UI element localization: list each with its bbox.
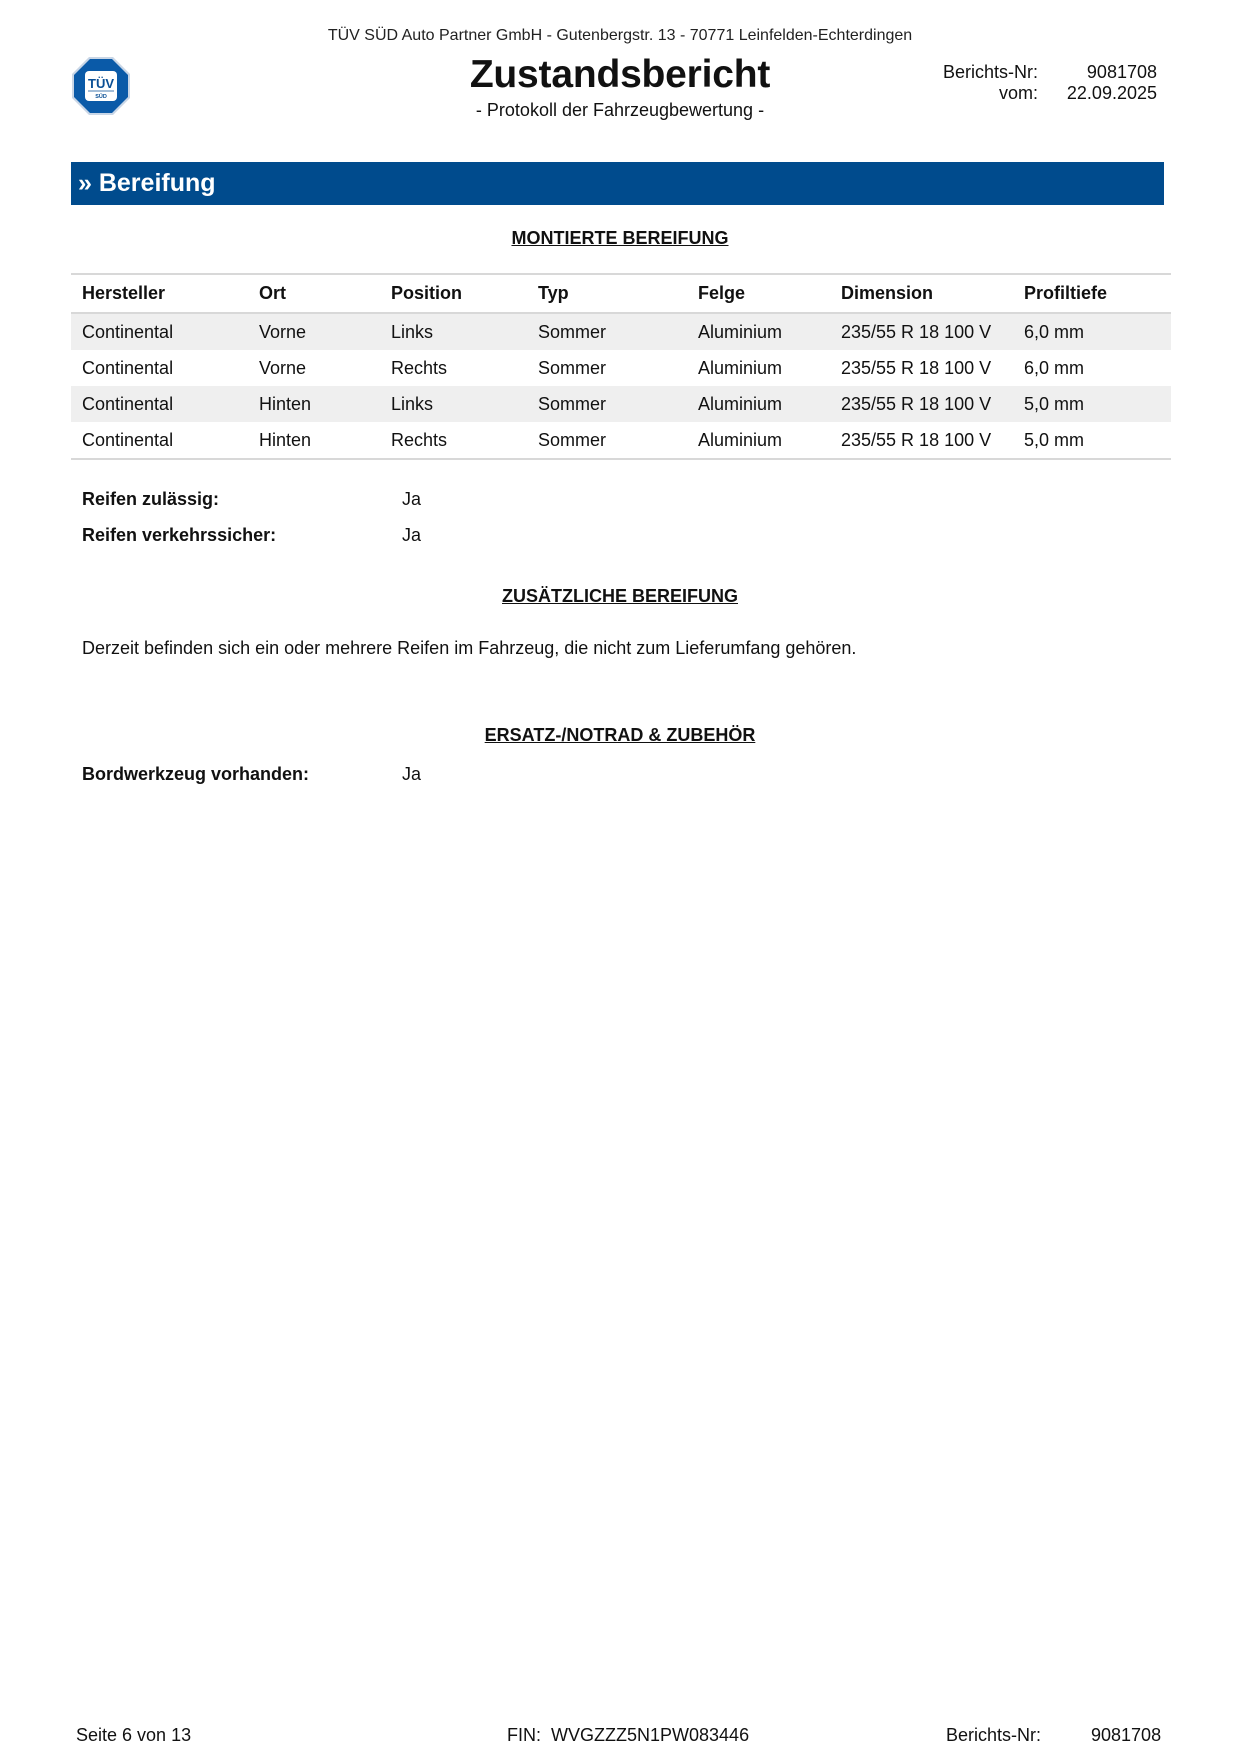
footer-report-number: 9081708 <box>1091 1725 1161 1746</box>
table-row: Continental Hinten Links Sommer Aluminiu… <box>71 386 1171 422</box>
column-header: Hersteller <box>71 274 248 313</box>
table-cell: 5,0 mm <box>1013 422 1171 459</box>
table-cell: Rechts <box>380 422 527 459</box>
table-cell: 6,0 mm <box>1013 350 1171 386</box>
table-cell: Hinten <box>248 386 380 422</box>
table-cell: Links <box>380 313 527 350</box>
mounted-tyres-table: Hersteller Ort Position Typ Felge Dimens… <box>71 273 1171 460</box>
fact-value: Ja <box>402 489 421 510</box>
table-cell: Sommer <box>527 422 687 459</box>
report-date: 22.09.2025 <box>1038 83 1157 104</box>
column-header: Profiltiefe <box>1013 274 1171 313</box>
vin-label: FIN: <box>507 1725 541 1745</box>
table-cell: 6,0 mm <box>1013 313 1171 350</box>
table-cell: Vorne <box>248 313 380 350</box>
fact-value: Ja <box>402 764 421 785</box>
fact-label: Reifen verkehrssicher: <box>82 525 402 546</box>
report-meta: Berichts-Nr: 9081708 vom: 22.09.2025 <box>930 62 1157 104</box>
report-number: 9081708 <box>1038 62 1157 83</box>
fact-label: Bordwerkzeug vorhanden: <box>82 764 402 785</box>
column-header: Position <box>380 274 527 313</box>
additional-tyres-heading: ZUSÄTZLICHE BEREIFUNG <box>0 586 1240 607</box>
column-header: Typ <box>527 274 687 313</box>
footer-report-number-label: Berichts-Nr: <box>946 1725 1041 1746</box>
fact-value: Ja <box>402 525 421 546</box>
table-cell: Sommer <box>527 313 687 350</box>
footer-vin: FIN: WVGZZZ5N1PW083446 <box>507 1725 749 1746</box>
page-number: Seite 6 von 13 <box>76 1725 191 1746</box>
table-cell: Sommer <box>527 350 687 386</box>
table-row: Continental Vorne Rechts Sommer Aluminiu… <box>71 350 1171 386</box>
table-cell: Continental <box>71 422 248 459</box>
fact-onboard-tools: Bordwerkzeug vorhanden:Ja <box>82 764 421 785</box>
table-cell: Sommer <box>527 386 687 422</box>
table-cell: Continental <box>71 350 248 386</box>
mounted-tyres-heading: MONTIERTE BEREIFUNG <box>0 228 1240 249</box>
table-cell: Aluminium <box>687 386 830 422</box>
table-cell: 235/55 R 18 100 V <box>830 386 1013 422</box>
table-cell: Aluminium <box>687 313 830 350</box>
table-row: Continental Vorne Links Sommer Aluminium… <box>71 313 1171 350</box>
table-cell: Links <box>380 386 527 422</box>
table-cell: Rechts <box>380 350 527 386</box>
report-number-label: Berichts-Nr: <box>930 62 1038 83</box>
table-cell: Vorne <box>248 350 380 386</box>
company-address-line: TÜV SÜD Auto Partner GmbH - Gutenbergstr… <box>0 27 1240 45</box>
fact-tyres-roadworthy: Reifen verkehrssicher:Ja <box>82 525 421 546</box>
column-header: Felge <box>687 274 830 313</box>
column-header: Dimension <box>830 274 1013 313</box>
table-cell: Aluminium <box>687 422 830 459</box>
column-header: Ort <box>248 274 380 313</box>
table-row: Continental Hinten Rechts Sommer Alumini… <box>71 422 1171 459</box>
table-cell: Continental <box>71 313 248 350</box>
fact-tyres-permitted: Reifen zulässig:Ja <box>82 489 421 510</box>
table-cell: 235/55 R 18 100 V <box>830 350 1013 386</box>
section-header-bereifung: » Bereifung <box>71 162 1164 205</box>
fact-label: Reifen zulässig: <box>82 489 402 510</box>
table-cell: 235/55 R 18 100 V <box>830 313 1013 350</box>
table-cell: Hinten <box>248 422 380 459</box>
table-cell: 5,0 mm <box>1013 386 1171 422</box>
table-header-row: Hersteller Ort Position Typ Felge Dimens… <box>71 274 1171 313</box>
additional-tyres-text: Derzeit befinden sich ein oder mehrere R… <box>82 638 856 659</box>
table-cell: 235/55 R 18 100 V <box>830 422 1013 459</box>
report-date-label: vom: <box>930 83 1038 104</box>
table-cell: Aluminium <box>687 350 830 386</box>
vin-value: WVGZZZ5N1PW083446 <box>551 1725 749 1745</box>
table-cell: Continental <box>71 386 248 422</box>
spare-wheel-heading: ERSATZ-/NOTRAD & ZUBEHÖR <box>0 725 1240 746</box>
